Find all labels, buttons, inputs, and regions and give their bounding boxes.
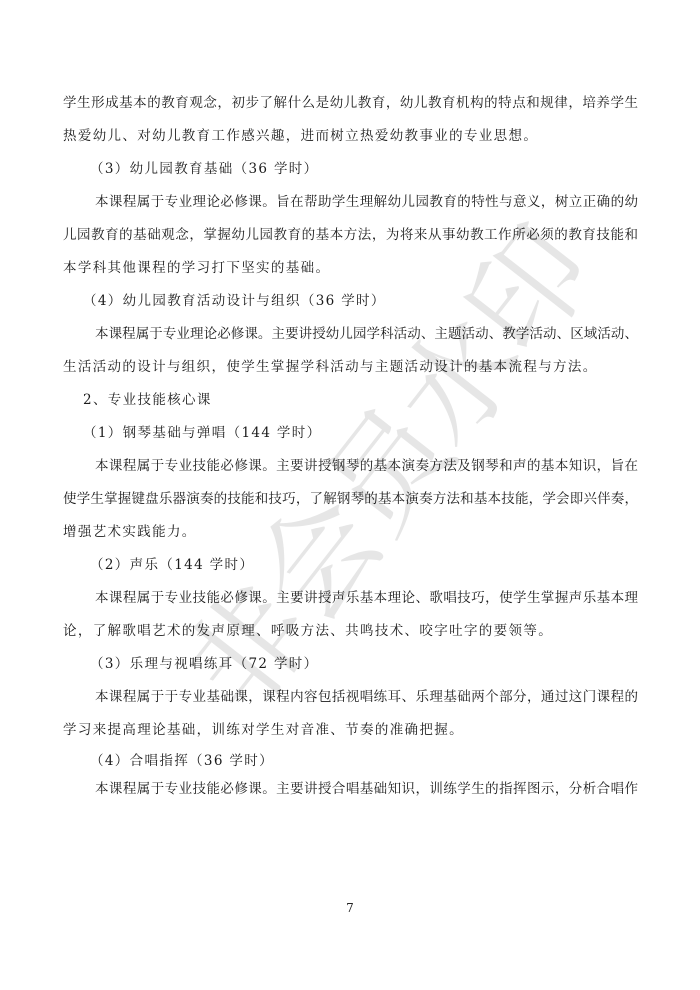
paragraph-line: 生活活动的设计与组织，使学生掌握学科活动与主题活动设计的基本流程与方法。: [63, 351, 638, 384]
paragraph-line: 学习来提高理论基础，训练对学生对音准、节奏的准确把握。: [63, 714, 638, 747]
paragraph-line: 本课程属于于专业基础课，课程内容包括视唱练耳、乐理基础两个部分，通过这门课程的: [63, 681, 638, 714]
course-heading-music-theory: （3）乐理与视唱练耳（72 学时）: [63, 648, 638, 681]
section-heading-professional-skills: 2、专业技能核心课: [63, 384, 638, 417]
page-number: 7: [0, 901, 700, 915]
paragraph-line: 本课程属于专业技能必修课。主要讲授合唱基础知识，训练学生的指挥图示，分析合唱作: [63, 775, 638, 803]
page-body: 学生形成基本的教育观念，初步了解什么是幼儿教育，幼儿教育机构的特点和规律，培养学…: [63, 87, 638, 803]
paragraph-line: 论，了解歌唱艺术的发声原理、呼吸方法、共鸣技术、咬字吐字的要领等。: [63, 615, 638, 648]
course-heading-activity-design: （4）幼儿园教育活动设计与组织（36 学时）: [63, 285, 638, 318]
paragraph-line: 热爱幼儿、对幼儿教育工作感兴趣，进而树立热爱幼教事业的专业思想。: [63, 120, 638, 153]
course-heading-piano: （1）钢琴基础与弹唱（144 学时）: [63, 417, 638, 450]
course-heading-kindergarten-education-basics: （3）幼儿园教育基础（36 学时）: [63, 153, 638, 186]
paragraph-line: 本课程属于专业理论必修课。主要讲授幼儿园学科活动、主题活动、教学活动、区域活动、: [63, 318, 638, 351]
course-heading-vocal-music: （2）声乐（144 学时）: [63, 549, 638, 582]
paragraph-line: 本学科其他课程的学习打下坚实的基础。: [63, 252, 638, 285]
paragraph-line: 学生形成基本的教育观念，初步了解什么是幼儿教育，幼儿教育机构的特点和规律，培养学…: [63, 87, 638, 120]
course-heading-choir-conducting: （4）合唱指挥（36 学时）: [63, 747, 638, 775]
paragraph-line: 使学生掌握键盘乐器演奏的技能和技巧，了解钢琴的基本演奏方法和基本技能，学会即兴伴…: [63, 483, 638, 516]
paragraph-line: 本课程属于专业技能必修课。主要讲授钢琴的基本演奏方法及钢琴和声的基本知识，旨在: [63, 450, 638, 483]
paragraph-line: 本课程属于专业技能必修课。主要讲授声乐基本理论、歌唱技巧，使学生掌握声乐基本理: [63, 582, 638, 615]
paragraph-line: 本课程属于专业理论必修课。旨在帮助学生理解幼儿园教育的特性与意义，树立正确的幼: [63, 186, 638, 219]
paragraph-line: 儿园教育的基础观念，掌握幼儿园教育的基本方法，为将来从事幼教工作所必须的教育技能…: [63, 219, 638, 252]
paragraph-line: 增强艺术实践能力。: [63, 516, 638, 549]
document-page: 非会员水印 学生形成基本的教育观念，初步了解什么是幼儿教育，幼儿教育机构的特点和…: [0, 0, 700, 990]
